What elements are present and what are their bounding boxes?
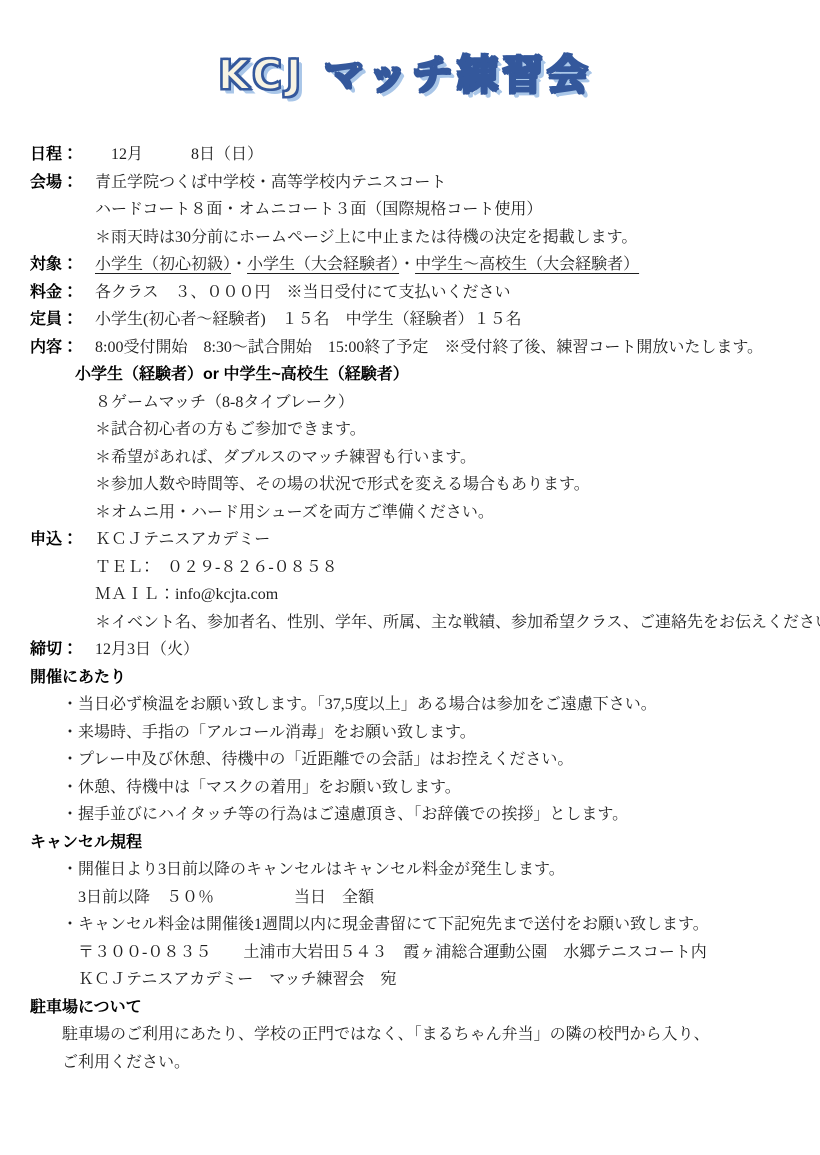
parking-heading: 駐車場について xyxy=(0,994,820,1022)
document-page: KCJ マッチ練習会 日程： 12月 8日（日） 会場：青丘学院つくば中学校・高… xyxy=(0,0,820,1155)
field-venue: 会場：青丘学院つくば中学校・高等学校内テニスコート xyxy=(0,169,820,197)
field-fee-label: 料金： xyxy=(30,279,95,307)
field-schedule: 内容：8:00受付開始 8:30～試合開始 15:00終了予定 ※受付終了後、練… xyxy=(0,334,820,362)
field-date-value: 12月 8日（日） xyxy=(95,146,263,163)
cancel-address-line: 〒３００-０８３５ 土浦市大岩田５４３ 霞ヶ浦総合運動公園 水郷テニスコート内 xyxy=(0,939,820,967)
notice-item-2: ・来場時、手指の「アルコール消毒」をお願い致します。 xyxy=(0,719,820,747)
field-schedule-value: 8:00受付開始 8:30～試合開始 15:00終了予定 ※受付終了後、練習コー… xyxy=(95,339,763,356)
notice-item-1: ・当日必ず検温をお願い致します。「37,5度以上」ある場合は参加をご遠慮下さい。 xyxy=(0,691,820,719)
parking-line-2: ご利用ください。 xyxy=(0,1049,820,1077)
target-segment-3: 中学生～高校生（大会経験者） xyxy=(415,256,639,273)
field-deadline: 締切：12月3日（火） xyxy=(0,636,820,664)
apply-note-line: ＊イベント名、参加者名、性別、学年、所属、主な戦績、参加希望クラス、ご連絡先をお… xyxy=(0,609,820,637)
page-title: KCJ マッチ練習会 xyxy=(0,42,810,101)
notice-item-3: ・プレー中及び休憩、待機中の「近距離での会話」はお控えください。 xyxy=(0,746,820,774)
content-note-4: ＊オムニ用・ハード用シューズを両方ご準備ください。 xyxy=(0,499,820,527)
notice-item-5: ・握手並びにハイタッチ等の行為はご遠慮頂き、「お辞儀での挨拶」とします。 xyxy=(0,801,820,829)
content-note-1: ＊試合初心者の方もご参加できます。 xyxy=(0,416,820,444)
cancel-item-1: ・開催日より3日前以降のキャンセルはキャンセル料金が発生します。 xyxy=(0,856,820,884)
field-fee: 料金：各クラス ３、０００円 ※当日受付にて支払いください xyxy=(0,279,820,307)
field-capacity-label: 定員： xyxy=(30,306,95,334)
field-date: 日程： 12月 8日（日） xyxy=(0,141,820,169)
venue-courts-line: ハードコート８面・オムニコート３面（国際規格コート使用） xyxy=(0,196,820,224)
content-note-2: ＊希望があれば、ダブルスのマッチ練習も行います。 xyxy=(0,444,820,472)
notice-heading: 開催にあたり xyxy=(0,664,820,692)
field-apply-value: ＫＣＪテニスアカデミー xyxy=(95,531,270,548)
venue-rain-note: ＊雨天時は30分前にホームページ上に中止または待機の決定を掲載します。 xyxy=(0,224,820,252)
field-venue-label: 会場： xyxy=(30,169,95,197)
field-apply-label: 申込： xyxy=(30,526,95,554)
field-capacity: 定員：小学生(初心者～経験者) １５名 中学生（経験者）１５名 xyxy=(0,306,820,334)
parking-line-1: 駐車場のご利用にあたり、学校の正門ではなく、「まるちゃん弁当」の隣の校門から入り… xyxy=(0,1021,820,1049)
field-venue-value: 青丘学院つくば中学校・高等学校内テニスコート xyxy=(95,174,446,191)
cancel-rates-line: 3日前以降 ５０％ 当日 全額 xyxy=(0,884,820,912)
cancel-heading: キャンセル規程 xyxy=(0,829,820,857)
field-target: 対象：小学生（初心初級）・小学生（大会経験者）・中学生～高校生（大会経験者） xyxy=(0,251,820,279)
field-capacity-value: 小学生(初心者～経験者) １５名 中学生（経験者）１５名 xyxy=(95,311,522,328)
content-note-3: ＊参加人数や時間等、その場の状況で形式を変える場合もあります。 xyxy=(0,471,820,499)
cancel-addressee-line: ＫＣＪテニスアカデミー マッチ練習会 宛 xyxy=(0,966,820,994)
document-body: 日程： 12月 8日（日） 会場：青丘学院つくば中学校・高等学校内テニスコート … xyxy=(0,141,820,1076)
field-date-label: 日程： xyxy=(30,141,95,169)
field-fee-value: 各クラス ３、０００円 ※当日受付にて支払いください xyxy=(95,284,511,301)
field-apply: 申込：ＫＣＪテニスアカデミー xyxy=(0,526,820,554)
target-separator-2: ・ xyxy=(399,256,415,273)
match-format-line: ８ゲームマッチ（8-8タイブレーク） xyxy=(0,389,820,417)
field-deadline-label: 締切： xyxy=(30,636,95,664)
notice-item-4: ・休憩、待機中は「マスクの着用」をお願い致します。 xyxy=(0,774,820,802)
class-heading: 小学生（経験者）or 中学生~高校生（経験者） xyxy=(0,361,820,389)
mail-line: ＭＡＩＬ：info@kcjta.com xyxy=(0,581,820,609)
field-schedule-label: 内容： xyxy=(30,334,95,362)
field-target-label: 対象： xyxy=(30,251,95,279)
field-deadline-value: 12月3日（火） xyxy=(95,641,199,658)
target-segment-2: 小学生（大会経験者） xyxy=(247,256,399,273)
target-segment-1: 小学生（初心初級） xyxy=(95,256,231,273)
target-separator-1: ・ xyxy=(231,256,247,273)
tel-line: ＴＥＬ： ０２９-８２６-０８５８ xyxy=(0,554,820,582)
field-target-value: 小学生（初心初級）・小学生（大会経験者）・中学生～高校生（大会経験者） xyxy=(95,256,639,273)
cancel-item-2: ・キャンセル料金は開催後1週間以内に現金書留にて下記宛先まで送付をお願い致します… xyxy=(0,911,820,939)
